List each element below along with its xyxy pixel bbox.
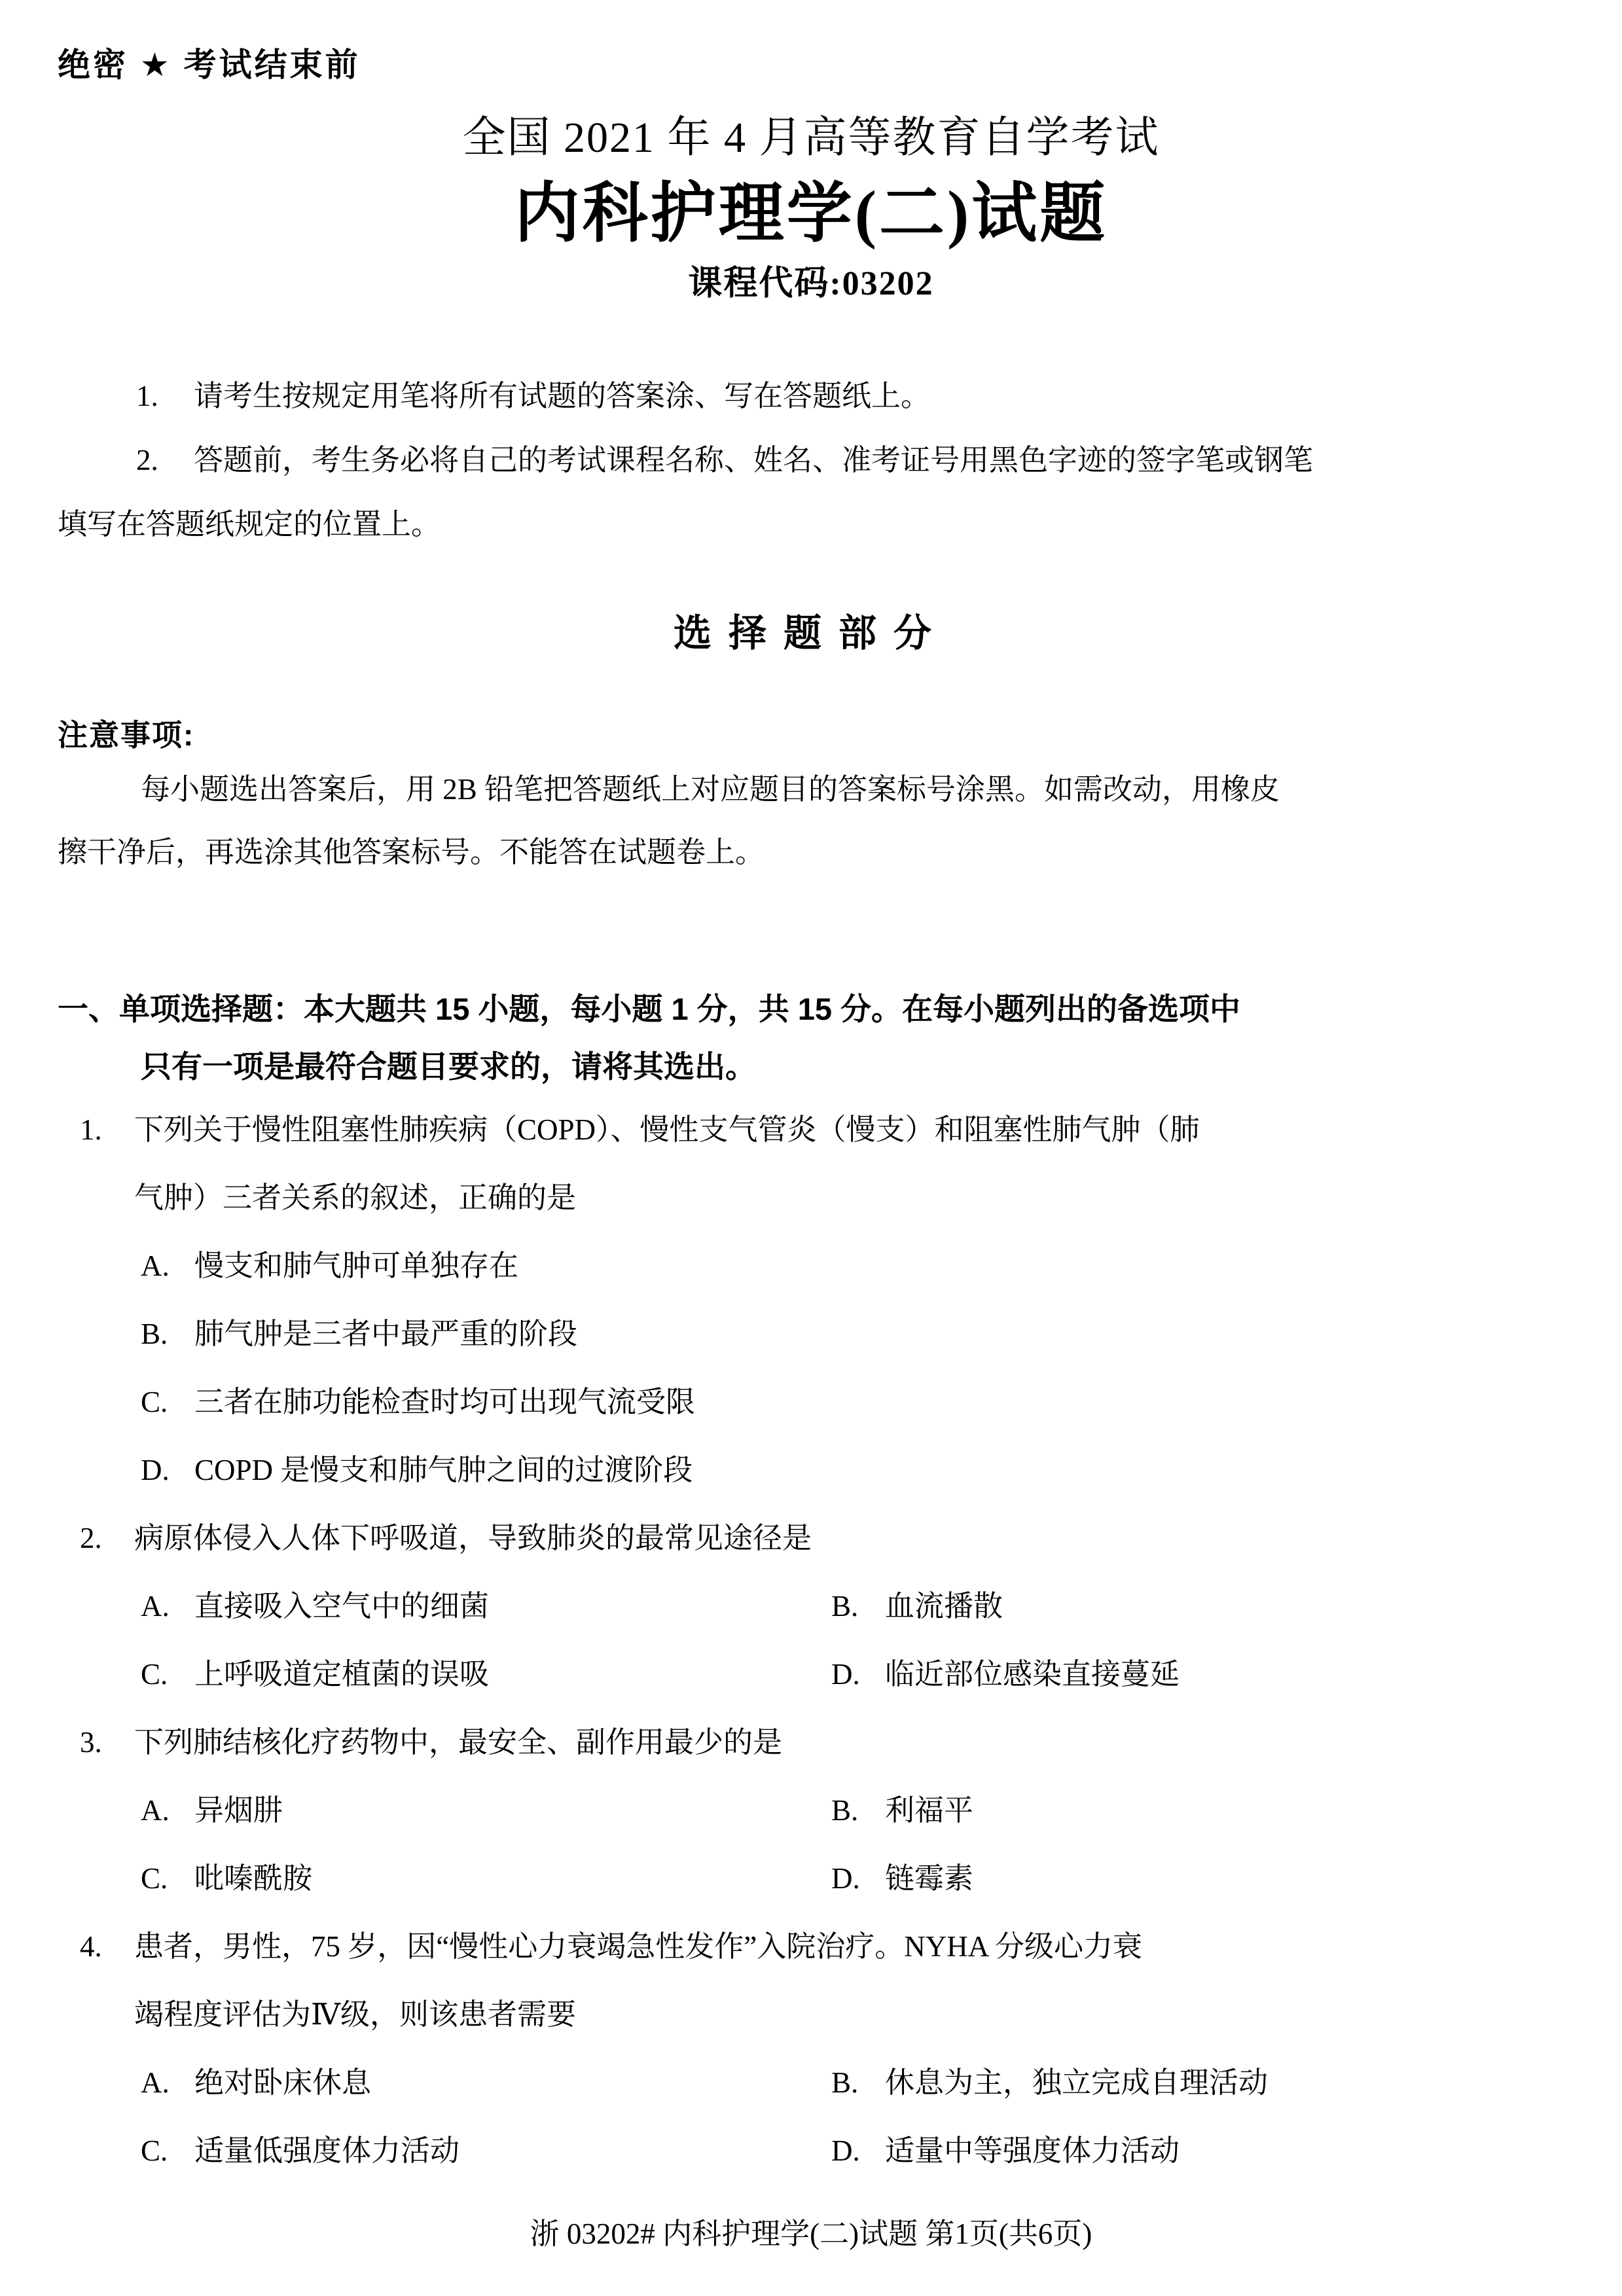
exam-session-title: 全国 2021 年 4 月高等教育自学考试: [58, 107, 1564, 169]
question-2: 2. 病原体侵入人体下呼吸道，导致肺炎的最常见途径是 A. 直接吸入空气中的细菌…: [58, 1504, 1564, 1708]
option-label: D.: [141, 1436, 194, 1504]
option-text: 上呼吸道定植菌的误吸: [194, 1640, 489, 1708]
question-stem: 4. 患者，男性，75 岁，因“慢性心力衰竭急性发作”入院治疗。NYHA 分级心…: [58, 1912, 1564, 1981]
question-stem-text: 病原体侵入人体下呼吸道，导致肺炎的最常见途径是: [134, 1504, 812, 1572]
option-text: 直接吸入空气中的细菌: [194, 1572, 489, 1640]
option-text: COPD 是慢支和肺气肿之间的过渡阶段: [194, 1436, 693, 1504]
question-stem-continuation: 竭程度评估为Ⅳ级，则该患者需要: [58, 1981, 1564, 2049]
security-notice: 绝密 ★ 考试结束前: [58, 45, 1564, 85]
option-label: B.: [141, 1300, 194, 1368]
option-label: A.: [141, 1776, 194, 1844]
question-number: 1.: [80, 1096, 134, 1164]
option-C: C. 上呼吸道定植菌的误吸: [141, 1640, 831, 1708]
page-footer: 浙 03202# 内科护理学(二)试题 第1页(共6页): [58, 2215, 1564, 2253]
option-A: A. 绝对卧床休息: [141, 2049, 831, 2117]
option-text: 链霉素: [885, 1844, 973, 1912]
option-text: 三者在肺功能检查时均可出现气流受限: [194, 1368, 695, 1436]
option-text: 慢支和肺气肿可单独存在: [194, 1232, 518, 1300]
section-heading-line: 只有一项是最符合题目要求的，请将其选出。: [58, 1038, 1564, 1096]
instruction-text: 答题前，考生务必将自己的考试课程名称、姓名、准考证号用黑色字迹的签字笔或钢笔: [194, 428, 1313, 492]
subject-title: 内科护理学(二)试题: [58, 174, 1564, 254]
question-number: 4.: [80, 1912, 134, 1981]
option-B: B. 休息为主，独立完成自理活动: [831, 2049, 1564, 2117]
question-number: 2.: [80, 1504, 134, 1572]
option-B: B. 利福平: [831, 1776, 1564, 1844]
option-text: 适量中等强度体力活动: [885, 2117, 1180, 2185]
option-D: D. COPD 是慢支和肺气肿之间的过渡阶段: [58, 1436, 1564, 1504]
instruction-item-2-continuation: 填写在答题纸规定的位置上。: [58, 492, 1564, 556]
section-one-heading: 一、单项选择题：本大题共 15 小题，每小题 1 分，共 15 分。在每小题列出…: [58, 980, 1564, 1096]
notes-line: 每小题选出答案后，用 2B 铅笔把答题纸上对应题目的答案标号涂黑。如需改动，用橡…: [58, 758, 1564, 821]
general-instructions: 1. 请考生按规定用笔将所有试题的答案涂、写在答题纸上。 2. 答题前，考生务必…: [58, 364, 1564, 556]
option-row: A. 绝对卧床休息 B. 休息为主，独立完成自理活动: [58, 2049, 1564, 2117]
option-label: D.: [831, 2117, 885, 2185]
option-C: C. 三者在肺功能检查时均可出现气流受限: [58, 1368, 1564, 1436]
question-stem: 1. 下列关于慢性阻塞性肺疾病（COPD）、慢性支气管炎（慢支）和阻塞性肺气肿（…: [58, 1096, 1564, 1164]
option-D: D. 链霉素: [831, 1844, 1564, 1912]
question-1: 1. 下列关于慢性阻塞性肺疾病（COPD）、慢性支气管炎（慢支）和阻塞性肺气肿（…: [58, 1096, 1564, 1504]
option-row: C. 上呼吸道定植菌的误吸 D. 临近部位感染直接蔓延: [58, 1640, 1564, 1708]
option-row: A. 异烟肼 B. 利福平: [58, 1776, 1564, 1844]
option-text: 血流播散: [885, 1572, 1003, 1640]
question-3: 3. 下列肺结核化疗药物中，最安全、副作用最少的是 A. 异烟肼 B. 利福平 …: [58, 1708, 1564, 1912]
option-text: 临近部位感染直接蔓延: [885, 1640, 1180, 1708]
question-stem-text: 下列关于慢性阻塞性肺疾病（COPD）、慢性支气管炎（慢支）和阻塞性肺气肿（肺: [134, 1096, 1200, 1164]
question-stem: 2. 病原体侵入人体下呼吸道，导致肺炎的最常见途径是: [58, 1504, 1564, 1572]
question-stem-continuation: 气肿）三者关系的叙述，正确的是: [58, 1164, 1564, 1232]
question-stem-text: 下列肺结核化疗药物中，最安全、副作用最少的是: [134, 1708, 782, 1776]
option-text: 适量低强度体力活动: [194, 2117, 460, 2185]
option-text: 吡嗪酰胺: [194, 1844, 312, 1912]
option-label: D.: [831, 1844, 885, 1912]
notes-line: 擦干净后，再选涂其他答案标号。不能答在试题卷上。: [58, 821, 1564, 884]
option-row: C. 吡嗪酰胺 D. 链霉素: [58, 1844, 1564, 1912]
course-code: 课程代码:03202: [58, 263, 1564, 305]
instruction-item-1: 1. 请考生按规定用笔将所有试题的答案涂、写在答题纸上。: [58, 364, 1564, 428]
option-A: A. 直接吸入空气中的细菌: [141, 1572, 831, 1640]
option-text: 肺气肿是三者中最严重的阶段: [194, 1300, 577, 1368]
option-B: B. 血流播散: [831, 1572, 1564, 1640]
section-heading-line: 一、单项选择题：本大题共 15 小题，每小题 1 分，共 15 分。在每小题列出…: [58, 980, 1564, 1038]
option-D: D. 临近部位感染直接蔓延: [831, 1640, 1564, 1708]
option-row: C. 适量低强度体力活动 D. 适量中等强度体力活动: [58, 2117, 1564, 2185]
option-label: C.: [141, 1640, 194, 1708]
question-stem-text: 患者，男性，75 岁，因“慢性心力衰竭急性发作”入院治疗。NYHA 分级心力衰: [134, 1912, 1142, 1981]
option-C: C. 吡嗪酰胺: [141, 1844, 831, 1912]
option-C: C. 适量低强度体力活动: [141, 2117, 831, 2185]
instruction-text: 请考生按规定用笔将所有试题的答案涂、写在答题纸上。: [194, 364, 930, 428]
option-label: A.: [141, 1232, 194, 1300]
option-label: C.: [141, 2117, 194, 2185]
option-text: 异烟肼: [194, 1776, 283, 1844]
exam-paper-page: 绝密 ★ 考试结束前 全国 2021 年 4 月高等教育自学考试 内科护理学(二…: [0, 0, 1622, 2296]
option-label: B.: [831, 1776, 885, 1844]
option-label: A.: [141, 2049, 194, 2117]
option-label: B.: [831, 1572, 885, 1640]
option-A: A. 慢支和肺气肿可单独存在: [58, 1232, 1564, 1300]
option-text: 休息为主，独立完成自理活动: [885, 2049, 1268, 2117]
instruction-item-2: 2. 答题前，考生务必将自己的考试课程名称、姓名、准考证号用黑色字迹的签字笔或钢…: [58, 428, 1564, 492]
instruction-number: 1.: [136, 364, 194, 428]
notes-label: 注意事项:: [58, 716, 1564, 754]
option-row: A. 直接吸入空气中的细菌 B. 血流播散: [58, 1572, 1564, 1640]
question-stem: 3. 下列肺结核化疗药物中，最安全、副作用最少的是: [58, 1708, 1564, 1776]
part-title: 选择题部分: [58, 611, 1564, 656]
option-D: D. 适量中等强度体力活动: [831, 2117, 1564, 2185]
instruction-number: 2.: [136, 428, 194, 492]
option-B: B. 肺气肿是三者中最严重的阶段: [58, 1300, 1564, 1368]
option-text: 绝对卧床休息: [194, 2049, 371, 2117]
option-label: C.: [141, 1844, 194, 1912]
option-text: 利福平: [885, 1776, 973, 1844]
option-label: C.: [141, 1368, 194, 1436]
question-4: 4. 患者，男性，75 岁，因“慢性心力衰竭急性发作”入院治疗。NYHA 分级心…: [58, 1912, 1564, 2185]
option-label: B.: [831, 2049, 885, 2117]
option-label: D.: [831, 1640, 885, 1708]
question-number: 3.: [80, 1708, 134, 1776]
option-A: A. 异烟肼: [141, 1776, 831, 1844]
option-label: A.: [141, 1572, 194, 1640]
